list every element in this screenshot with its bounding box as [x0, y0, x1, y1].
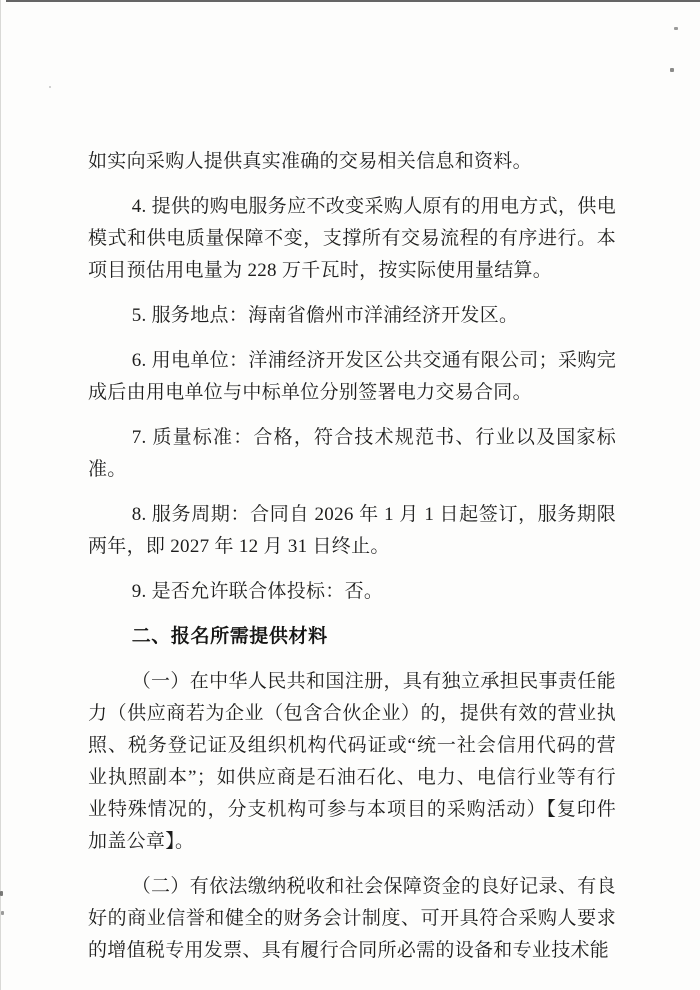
paragraph-clause-1: （一）在中华人民共和国注册，具有独立承担民事责任能力（供应商若为企业（包含合伙企…: [88, 666, 616, 858]
paragraph-item-6: 6. 用电单位：洋浦经济开发区公共交通有限公司；采购完成后由用电单位与中标单位分…: [88, 345, 616, 409]
scan-speck: [670, 68, 674, 72]
paragraph-item-4: 4. 提供的购电服务应不改变采购人原有的用电方式，供电模式和供电质量保障不变，支…: [88, 191, 616, 287]
scan-edge-artifact-left: [0, 0, 1, 990]
scan-speck: [0, 891, 3, 896]
paragraph-intro-continuation: 如实向采购人提供真实准确的交易相关信息和资料。: [88, 146, 616, 178]
scan-speck: [674, 27, 678, 30]
document-page: 如实向采购人提供真实准确的交易相关信息和资料。 4. 提供的购电服务应不改变采购…: [0, 0, 700, 990]
scan-edge-artifact-top: [6, 0, 700, 2]
scan-speck: [1, 911, 4, 915]
paragraph-item-8: 8. 服务周期：合同自 2026 年 1 月 1 日起签订，服务期限两年，即 2…: [88, 499, 616, 563]
paragraph-clause-2: （二）有依法缴纳税收和社会保障资金的良好记录、有良好的商业信誉和健全的财务会计制…: [88, 871, 616, 967]
paragraph-item-7: 7. 质量标准：合格，符合技术规范书、行业以及国家标准。: [88, 422, 616, 486]
paragraph-item-5: 5. 服务地点：海南省儋州市洋浦经济开发区。: [88, 300, 616, 332]
document-content: 如实向采购人提供真实准确的交易相关信息和资料。 4. 提供的购电服务应不改变采购…: [88, 146, 616, 980]
scan-speck: [49, 86, 51, 88]
section-heading-2: 二、报名所需提供材料: [88, 621, 616, 653]
paragraph-item-9: 9. 是否允许联合体投标：否。: [88, 576, 616, 608]
